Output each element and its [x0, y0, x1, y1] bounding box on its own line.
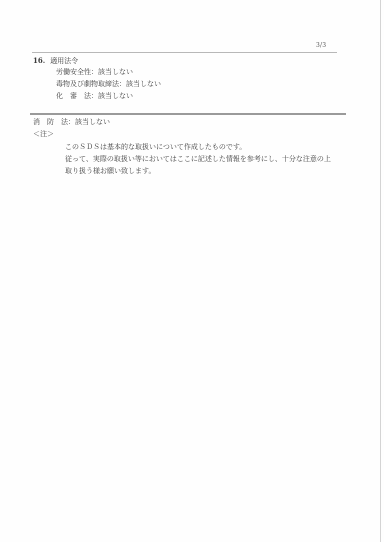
note-line: 取り扱う様お願い致します。 [65, 167, 155, 176]
section-title: 適用法令 [50, 57, 78, 65]
page-number: 3/3 [316, 42, 326, 49]
document-page: 3/3 16.適用法令 労働安全性：該当しない 毒物及び劇物取締法：該当しない … [0, 0, 384, 542]
law-item-poisonous-substances: 毒物及び劇物取締法：該当しない [56, 80, 161, 89]
section-number: 16. [33, 56, 45, 65]
page-edge [380, 0, 381, 542]
section-divider [30, 113, 346, 115]
note-line: 従って、実際の取扱い等においてはここに記述した情報を参考にし、十分な注意の上 [65, 155, 331, 164]
header-rule [32, 52, 337, 53]
note-line: このＳＤＳは基本的な取扱いについて作成したものです。 [65, 143, 246, 152]
law-item-labor-safety: 労働安全性：該当しない [56, 68, 133, 77]
law-item-chemical-substances: 化 審 法：該当しない [56, 92, 133, 101]
note-label: ＜注＞ [33, 130, 54, 139]
section-heading: 16.適用法令 [33, 56, 78, 66]
law-item-fire-service: 消 防 法：該当しない [33, 118, 110, 127]
